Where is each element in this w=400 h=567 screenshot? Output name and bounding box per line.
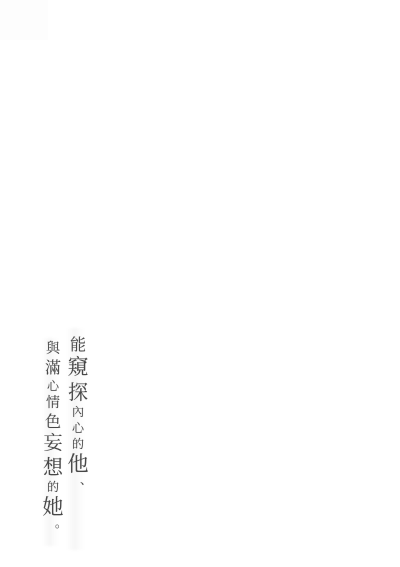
caption-char: 色 — [45, 414, 61, 430]
vertical-caption-line-2: 與滿心情色妄想的她。 — [39, 342, 67, 530]
caption-char: 的 — [47, 481, 59, 493]
caption-char: 想 — [43, 457, 63, 477]
caption-char: 他 — [68, 454, 89, 475]
scanned-page: 能窺探內心的他、 與滿心情色妄想的她。 — [0, 0, 400, 567]
caption-char: 與 — [46, 342, 60, 356]
caption-char: 情 — [46, 396, 60, 410]
caption-char: 滿 — [45, 360, 61, 376]
punctuation-mark: 、 — [80, 476, 92, 484]
vertical-caption-line-1: 能窺探內心的他、 — [64, 337, 92, 487]
caption-char: 心 — [47, 380, 59, 392]
corner-scan-shade — [0, 0, 48, 40]
caption-char: 妄 — [43, 434, 62, 453]
punctuation-mark: 。 — [55, 519, 67, 527]
caption-char: 探 — [68, 382, 88, 402]
caption-char: 窺 — [68, 357, 89, 378]
caption-char: 能 — [70, 337, 86, 353]
caption-char: 她 — [43, 497, 64, 518]
caption-char: 心 — [72, 422, 84, 434]
caption-char: 內 — [72, 406, 84, 418]
caption-char: 的 — [72, 438, 84, 450]
